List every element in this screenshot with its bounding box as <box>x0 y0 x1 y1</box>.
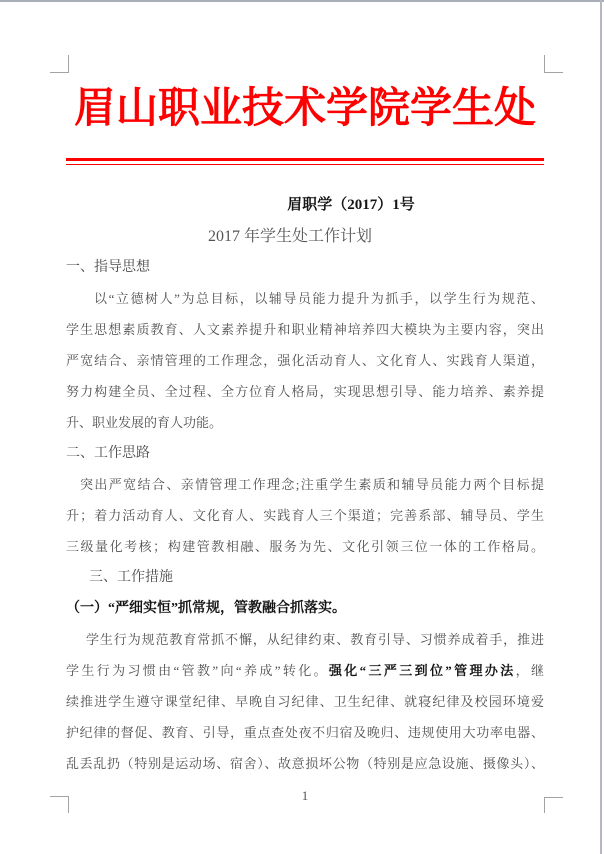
body-line: 三级量化考核；构建管教相融、服务为先、文化引领三位一体的工作格局。 <box>66 531 544 562</box>
body-line: 努力构建全员、全过程、全方位育人格局，实现思想引导、能力培养、素养提 <box>66 376 544 407</box>
body-line: 护纪律的督促、教育、引导，重点查处夜不归宿及晚归、违规使用大功率电器、 <box>66 717 544 748</box>
body-text-emphasis: 强化“三严三到位”管理办法 <box>329 663 516 678</box>
body-line: 突出严宽结合、亲情管理工作理念;注重学生素质和辅导员能力两个目标提 <box>66 469 544 500</box>
body-line: 学生行为习惯由“管教”向“养成”转化。强化“三严三到位”管理办法，继 <box>66 655 544 686</box>
body-line: 乱丢乱扔（特别是运动场、宿舍）、故意损坏公物（特别是应急设施、摄像头）、 <box>66 748 544 779</box>
letterhead-title: 眉山职业技术学院学生处 <box>66 80 544 138</box>
section-3-subheading: （一）“严细实恒”抓常规，管教融合抓落实。 <box>66 593 544 624</box>
body-line: 以“立德树人”为总目标，以辅导员能力提升为抓手，以学生行为规范、 <box>66 283 544 314</box>
body-line: 升；着力活动育人、文化育人、实践育人三个渠道；完善系部、辅导员、学生 <box>66 500 544 531</box>
document-body: 眉职学（2017）1号 2017 年学生处工作计划 一、指导思想 以“立德树人”… <box>66 190 544 779</box>
body-line: 学生思想素质教育、人文素养提升和职业精神培养四大模块为主要内容，突出 <box>66 314 544 345</box>
body-line: 严宽结合、亲情管理的工作理念，强化活动育人、文化育人、实践育人渠道， <box>66 345 544 376</box>
body-text-segment: 学生行为习惯由“管教”向“养成”转化。 <box>66 663 329 678</box>
page-right-edge <box>600 0 602 854</box>
body-line: 升、职业发展的育人功能。 <box>66 407 544 438</box>
page-top-edge <box>0 0 604 2</box>
body-line: 续推进学生遵守课堂纪律、早晚自习纪律、卫生纪律、就寝纪律及校园环境爱 <box>66 686 544 717</box>
text-boundary-mark-bottom-right <box>544 797 563 813</box>
doc-number: 眉职学（2017）1号 <box>112 190 590 221</box>
section-3-heading: 三、工作措施 <box>66 562 544 593</box>
text-boundary-mark-top-right <box>544 55 563 73</box>
letterhead-divider <box>66 158 544 165</box>
page-number: 1 <box>66 786 544 806</box>
section-1-heading: 一、指导思想 <box>66 252 544 283</box>
doc-title: 2017 年学生处工作计划 <box>51 221 529 252</box>
body-text-segment: ，继 <box>516 663 544 678</box>
document-page: 眉山职业技术学院学生处 眉职学（2017）1号 2017 年学生处工作计划 一、… <box>0 0 604 854</box>
text-boundary-mark-top-left <box>50 55 69 73</box>
section-2-heading: 二、工作思路 <box>66 438 544 469</box>
body-line: 学生行为规范教育常抓不懈，从纪律约束、教育引导、习惯养成着手，推进 <box>66 624 544 655</box>
